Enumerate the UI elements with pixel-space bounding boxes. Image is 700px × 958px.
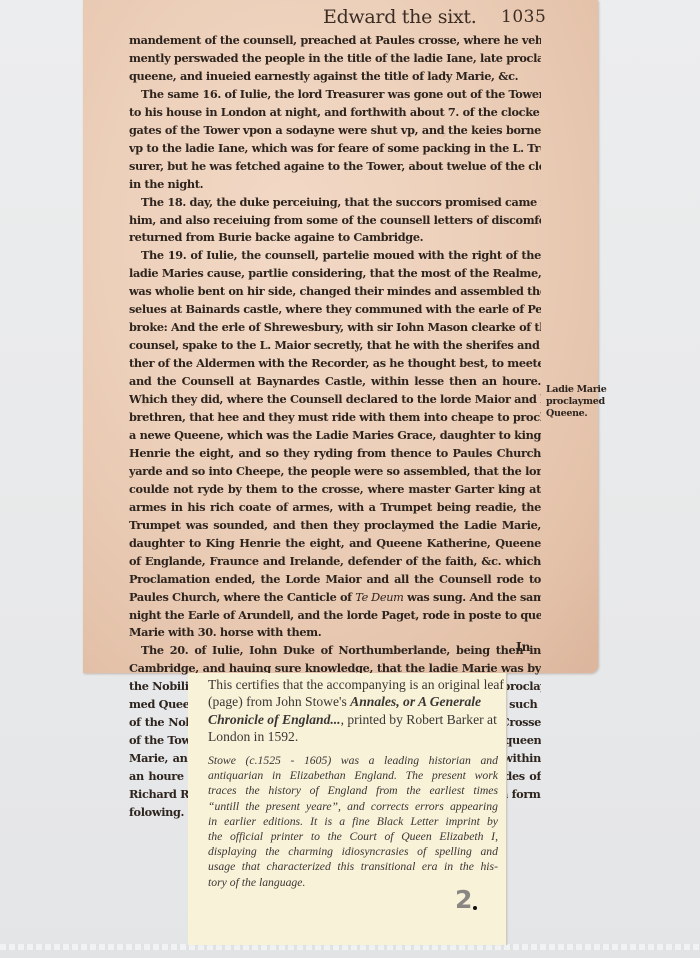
text-line: armes in his rich coate of armes, with a…: [129, 499, 541, 517]
text-line: The 20. of Iulie, Iohn Duke of Northumbe…: [129, 642, 541, 660]
biography-line: the official printer to the Court of Que…: [208, 829, 498, 844]
text-line: and the Counsell at Baynardes Castle, wi…: [129, 373, 541, 391]
biography-line: antiquarian in Elizabethan England. The …: [208, 768, 498, 783]
text-line: yarde and so into Cheepe, the people wer…: [129, 463, 541, 481]
margin-note-line: proclaymed: [546, 396, 596, 408]
handwritten-number: 2: [455, 885, 472, 914]
biography-line: “untill the present yeare”, and corrects…: [208, 799, 498, 814]
text-line: queene, and inueied earnestly against th…: [129, 68, 541, 86]
running-head: Edward the sixt. 1035: [83, 6, 598, 30]
text-line: mandement of the counsell, preached at P…: [129, 32, 541, 50]
certificate-text: (page) from John Stowe's: [208, 694, 350, 709]
text-line: ladie Maries cause, partlie considering,…: [129, 265, 541, 283]
certificate-line: London in 1592.: [208, 728, 501, 745]
catchword: In: [516, 640, 530, 654]
text-line: ther of the Aldermen with the Recorder, …: [129, 355, 541, 373]
certificate-paragraph: This certifies that the accompanying is …: [208, 676, 501, 745]
text-line: returned from Burie backe againe to Camb…: [129, 229, 541, 247]
sleeve-bottom: [0, 950, 700, 958]
biography-paragraph: Stowe (c.1525 - 1605) was a leading hist…: [208, 753, 498, 890]
text-line: night the Earle of Arundell, and the lor…: [129, 607, 541, 625]
text-line: Which they did, where the Counsell decla…: [129, 391, 541, 409]
text-line: selues at Bainards castle, where they co…: [129, 301, 541, 319]
text-line: Proclamation ended, the Lorde Maior and …: [129, 571, 541, 589]
running-title: Edward the sixt.: [323, 6, 476, 28]
italic-phrase: Te Deum: [355, 591, 403, 604]
text-line: The same 16. of Iulie, the lord Treasure…: [129, 86, 541, 104]
text-line: Paules Church, where the Canticle of Te …: [129, 589, 541, 607]
page-number: 1035: [501, 7, 546, 27]
text-line: surer, but he was fetched againe to the …: [129, 158, 541, 176]
text-line: Marie with 30. horse with them.: [129, 624, 541, 642]
certificate-line: (page) from John Stowe's Annales, or A G…: [208, 693, 501, 710]
certificate-line: Chronicle of England..., printed by Robe…: [208, 711, 501, 728]
text-line: gates of the Tower vpon a sodayne were s…: [129, 122, 541, 140]
margin-note-line: Ladie Marie: [546, 384, 596, 396]
text-line: vp to the ladie Iane, which was for fear…: [129, 140, 541, 158]
biography-line: usage that characterized this transition…: [208, 859, 498, 874]
text-line: Trumpet was sounded, and then they procl…: [129, 517, 541, 535]
text-line: to his house in London at night, and for…: [129, 104, 541, 122]
biography-line: traces the history of England from the e…: [208, 783, 498, 798]
text-line: Henrie the eight, and so they ryding fro…: [129, 445, 541, 463]
biography-line: Stowe (c.1525 - 1605) was a leading hist…: [208, 753, 498, 768]
text-line: daughter to King Henrie the eight, and Q…: [129, 535, 541, 553]
book-title: Annales, or A Generale: [350, 694, 481, 709]
margin-note: Ladie MarieproclaymedQueene.: [546, 384, 596, 420]
text-line: in the night.: [129, 176, 541, 194]
ink-dot: [473, 906, 477, 910]
text-line: coulde not ryde by them to the crosse, w…: [129, 481, 541, 499]
text-line: The 18. day, the duke perceiuing, that t…: [129, 194, 541, 212]
text-line: a newe Queene, which was the Ladie Marie…: [129, 427, 541, 445]
text-line: him, and also receiuing from some of the…: [129, 212, 541, 230]
certificate-text: , printed by Robert Barker at: [341, 712, 497, 727]
text-line: counsel, spake to the L. Maior secretly,…: [129, 337, 541, 355]
certificate-card: This certifies that the accompanying is …: [188, 673, 507, 945]
biography-line: in earlier editions. It is a fine Black …: [208, 814, 498, 829]
text-line: brethren, that hee and they must ride wi…: [129, 409, 541, 427]
text-line: was wholie bent on hir side, changed the…: [129, 283, 541, 301]
book-title: Chronicle of England...: [208, 712, 341, 727]
antique-leaf: Edward the sixt. 1035 mandement of the c…: [83, 0, 598, 673]
biography-line: displaying the charming idiosyncrasies o…: [208, 844, 498, 859]
text-line: of Englande, Fraunce and Irelande, defen…: [129, 553, 541, 571]
certificate-line: This certifies that the accompanying is …: [208, 676, 501, 693]
text-line: broke: And the erle of Shrewesbury, with…: [129, 319, 541, 337]
text-line: The 19. of Iulie, the counsell, partelie…: [129, 247, 541, 265]
text-line: mently perswaded the people in the title…: [129, 50, 541, 68]
margin-note-line: Queene.: [546, 408, 596, 420]
